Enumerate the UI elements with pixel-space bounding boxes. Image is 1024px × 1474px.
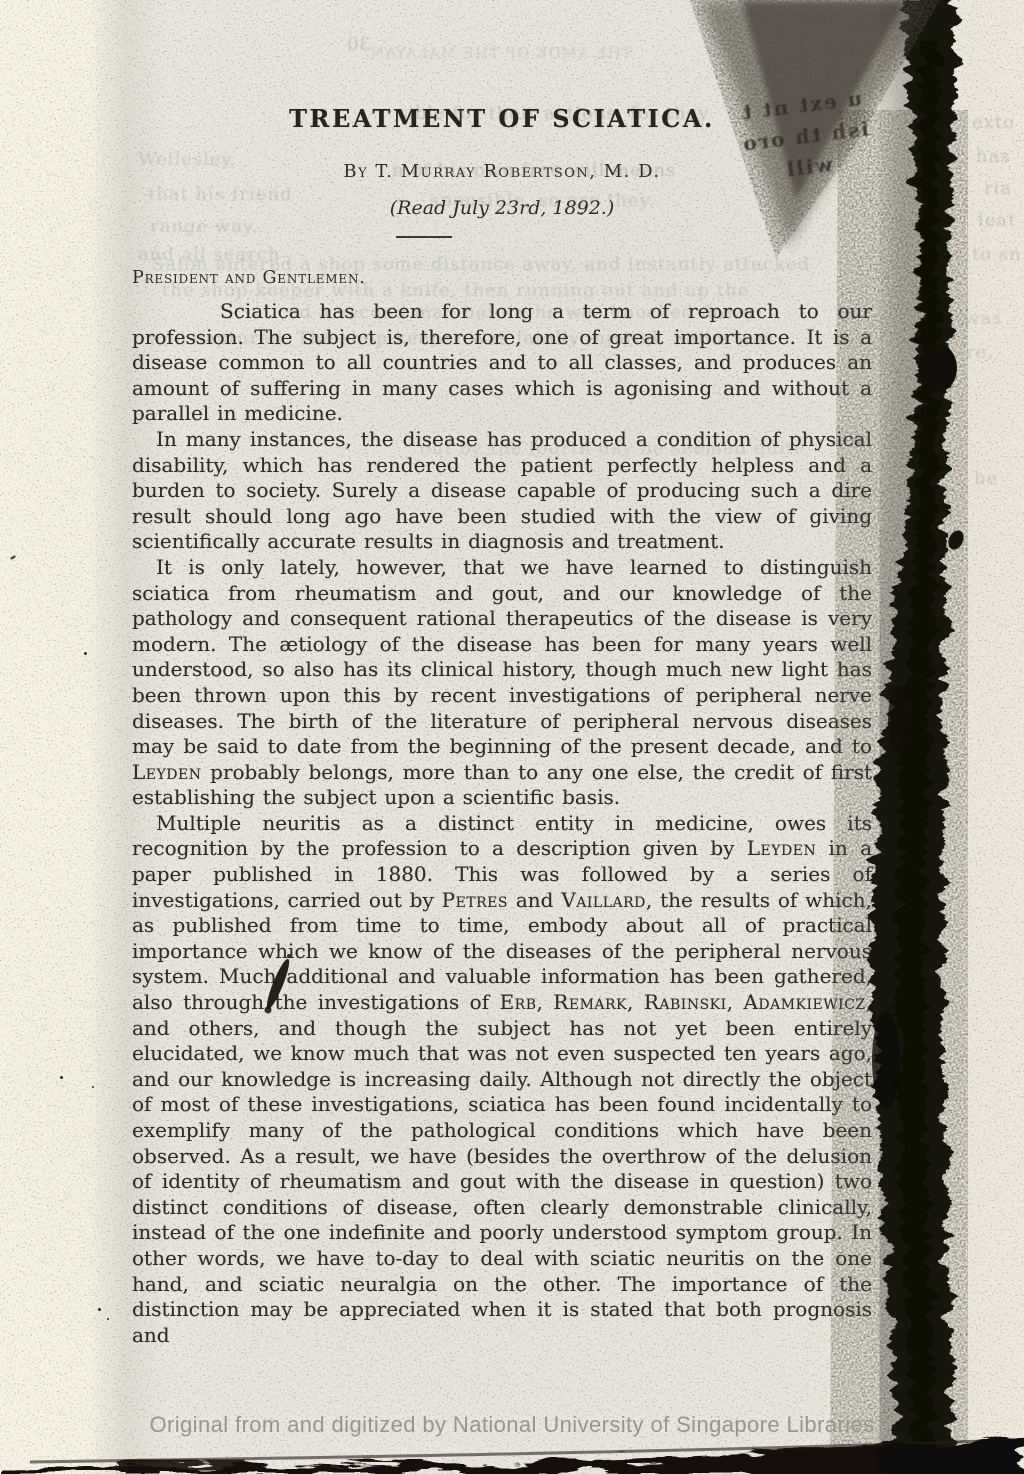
article-body: Sciatica has been for long a term of rep… [132, 299, 872, 1348]
bleedthrough-fragment: re, [966, 342, 994, 363]
speck [10, 555, 17, 561]
paragraph-1: Sciatica has been for long a term of rep… [132, 299, 872, 427]
library-watermark: Original from and digitized by National … [0, 1412, 1024, 1438]
paragraph-3: It is only lately, however, that we have… [132, 555, 872, 811]
bleedthrough-fragment: exto [972, 112, 1015, 133]
bleedthrough-fragment: was [964, 308, 1002, 329]
bleedthrough-fragment: be [974, 468, 998, 489]
bleedthrough-fragment: leat [978, 210, 1016, 231]
speck [107, 1318, 109, 1320]
salutation: President and Gentlemen. [132, 268, 872, 288]
ink-stamp-mirrored-text: u ext nt tish th orowill [727, 81, 883, 191]
bleedthrough-fragment: to sn [972, 244, 1022, 265]
paragraph-4: Multiple neuritis as a distinct entity i… [132, 811, 872, 1348]
article-content: TREATMENT OF SCIATICA. By T. Murray Robe… [132, 104, 872, 1348]
ink-streak [872, 0, 957, 1474]
scanned-page: 30THE AMOK OF THE MALAYANsible for their… [0, 0, 1024, 1474]
paragraph-2: In many instances, the disease has produ… [132, 427, 872, 555]
speck [98, 1308, 101, 1311]
speck [60, 1076, 63, 1079]
bleedthrough-fragment: 30 [346, 34, 371, 55]
speck [92, 1086, 94, 1088]
bleedthrough-fragment: THE AMOK OF THE MALAYAN [370, 44, 632, 62]
bleedthrough-fragment: ria [984, 178, 1012, 199]
speck [84, 652, 87, 655]
speck [580, 212, 583, 215]
read-date-line: (Read July 23rd, 1892.) [132, 197, 872, 219]
section-rule [396, 236, 452, 238]
bleedthrough-fragment: has [976, 146, 1011, 167]
